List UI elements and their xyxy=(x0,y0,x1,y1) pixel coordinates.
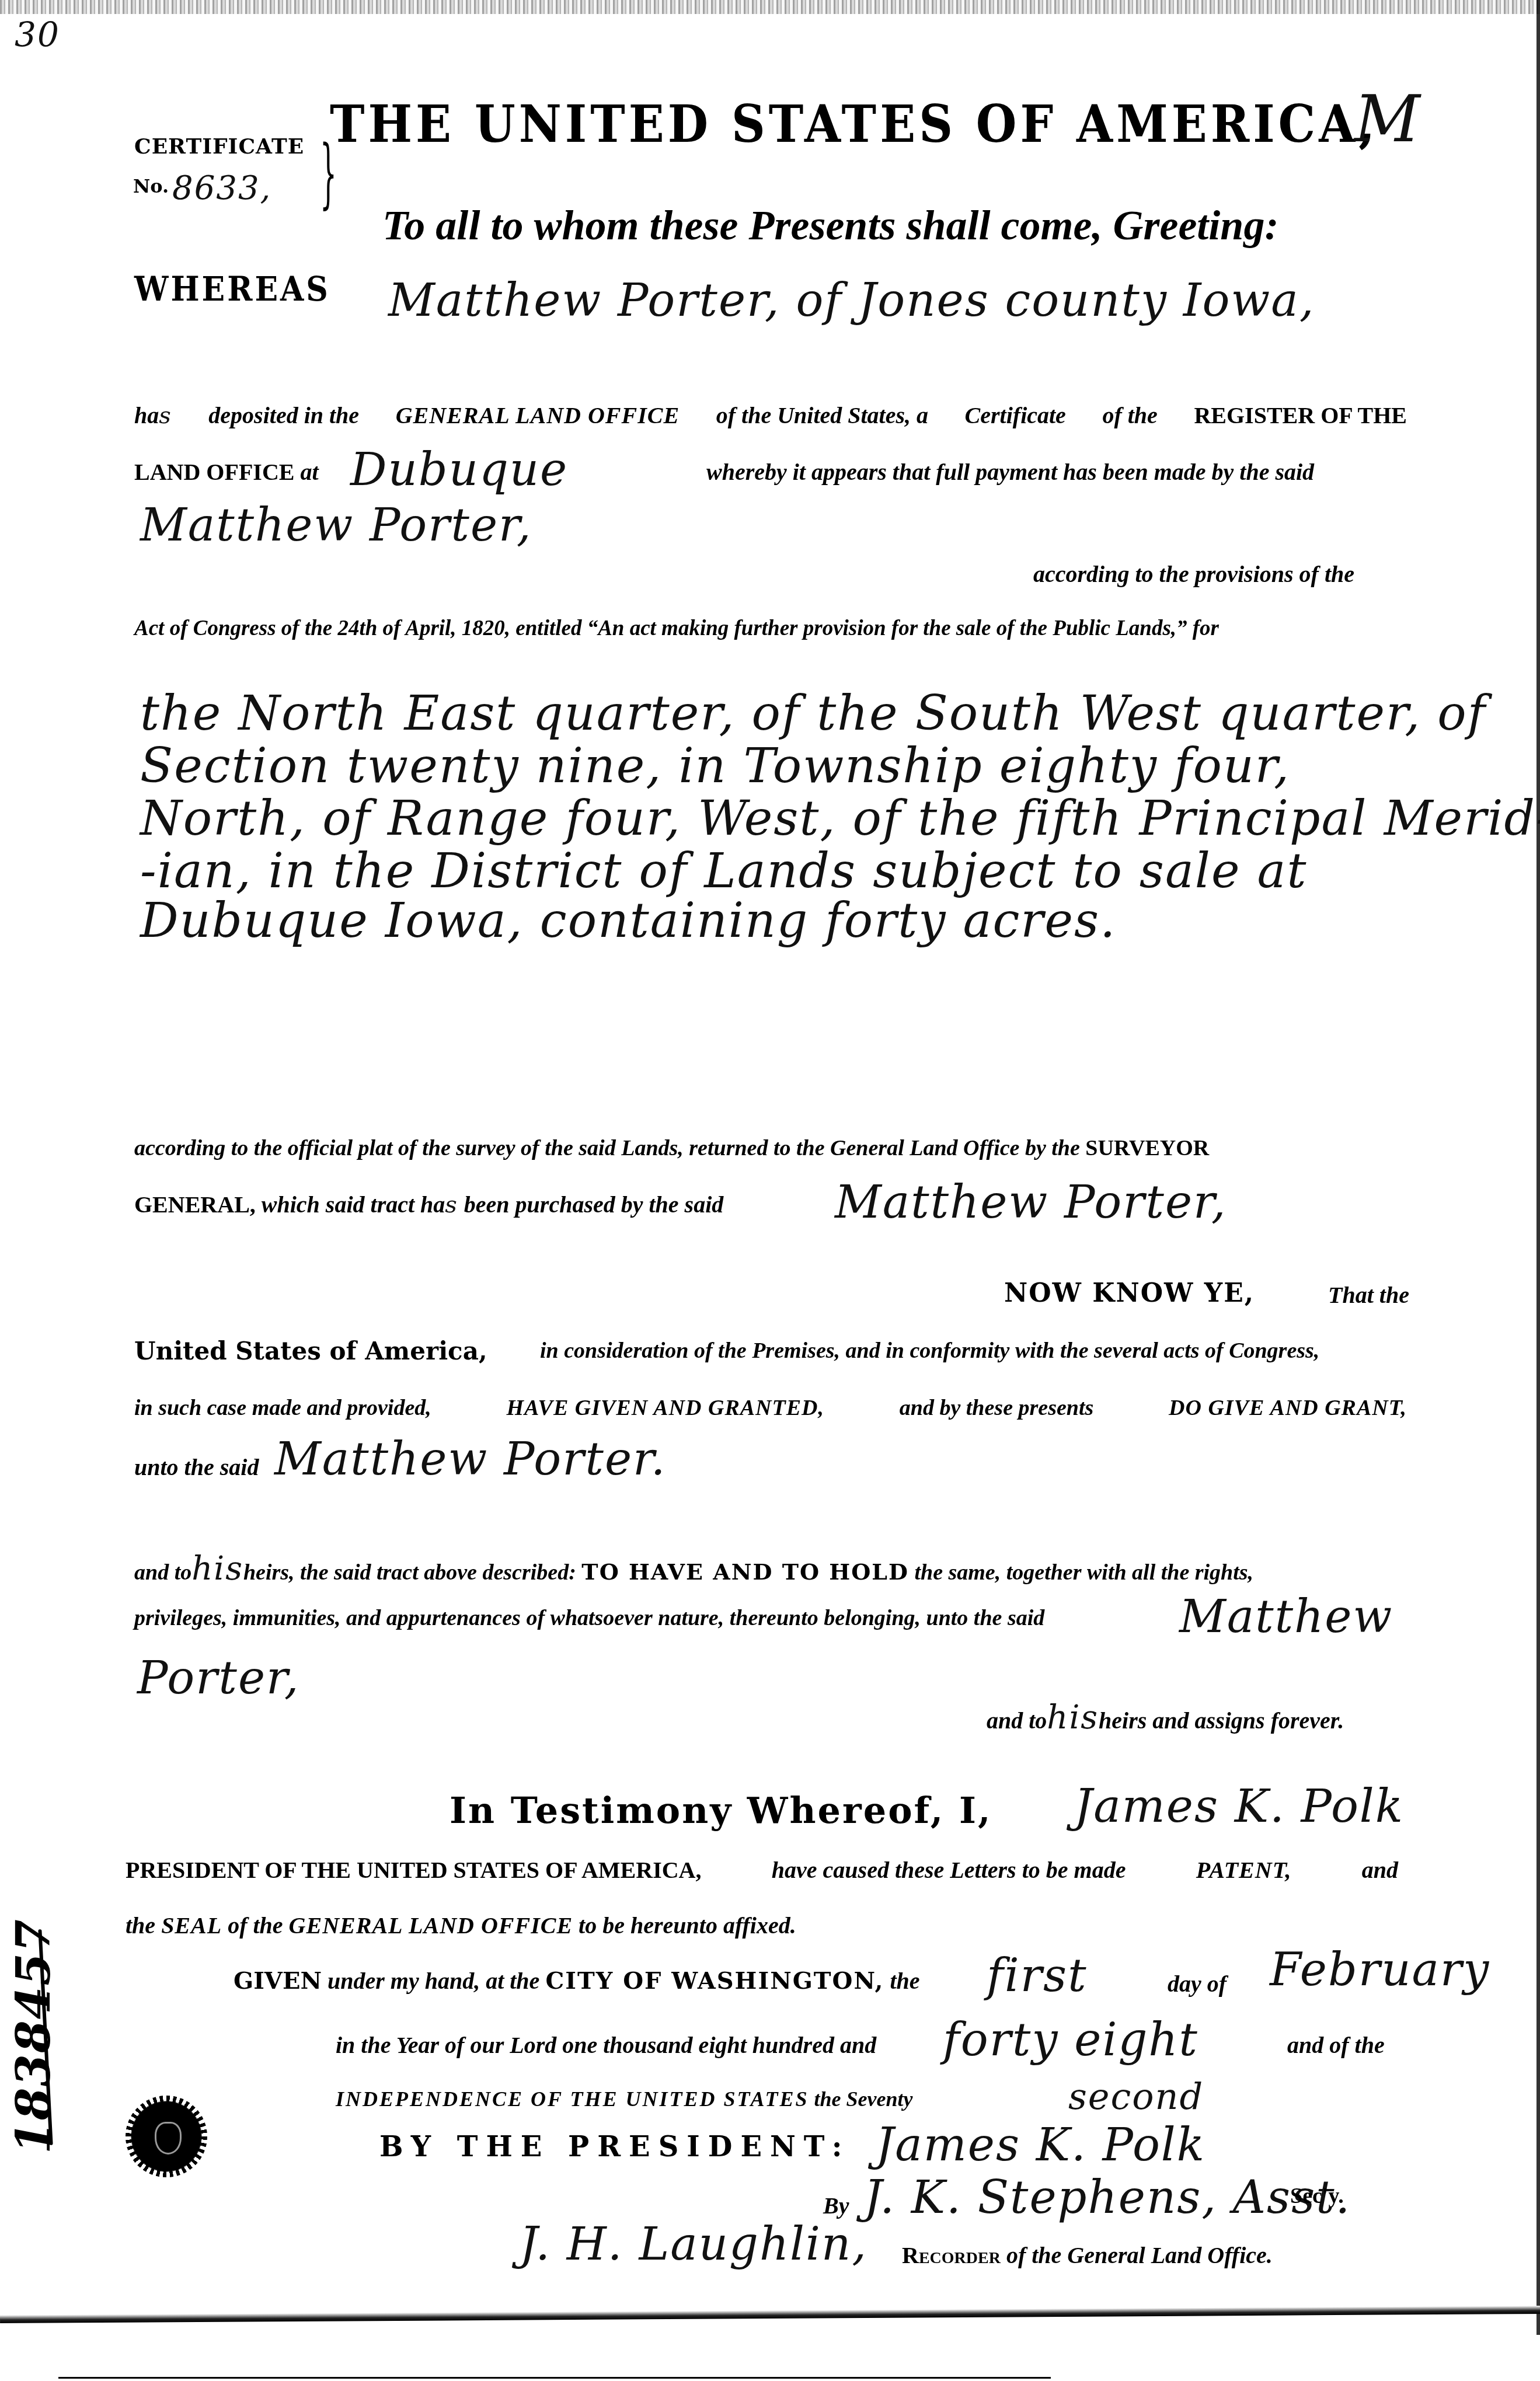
given-line: GIVEN under my hand, at the CITY OF WASH… xyxy=(234,1967,920,1995)
president-signature: James K. Polk xyxy=(876,2119,1205,2171)
scan-edge-top xyxy=(0,0,1540,14)
document-title: THE UNITED STATES OF AMERICA, xyxy=(330,94,1378,154)
testimony-line2: the SEAL of the GENERAL LAND OFFICE to b… xyxy=(126,1912,796,1939)
para1-line4: according to the provisions of the xyxy=(1033,560,1354,588)
para1-line2a: LAND OFFICE at xyxy=(134,458,319,486)
para4-line2: privileges, immunities, and appurtenance… xyxy=(134,1605,1044,1631)
page-marker: 30 xyxy=(15,15,60,54)
para4-line1: and tohisheirs, the said tract above des… xyxy=(134,1550,1253,1588)
scan-edge-bottom xyxy=(0,2306,1540,2323)
para2-line1: according to the official plat of the su… xyxy=(134,1135,1209,1161)
usa-heavy: United States of America, xyxy=(134,1337,487,1365)
para1-line1: has deposited in the GENERAL LAND OFFICE… xyxy=(134,402,1407,429)
grantee-name-hand-4: Matthew xyxy=(1179,1591,1393,1643)
grantee-name-hand-1: Matthew Porter, xyxy=(140,499,532,552)
by-label: By xyxy=(823,2192,849,2219)
testimony-heading: In Testimony Whereof, I, xyxy=(450,1789,992,1832)
margin-document-number: 1838457 xyxy=(6,1918,61,2154)
grantee-description-hand: Matthew Porter, of Jones county Iowa, xyxy=(388,274,1315,327)
grantee-name-hand-5: Porter, xyxy=(137,1652,300,1704)
day-of-text: day of xyxy=(1168,1970,1227,1997)
day-hand: first xyxy=(987,1950,1087,2002)
year-hand: forty eight xyxy=(943,2014,1198,2066)
whereas-label: WHEREAS xyxy=(134,270,330,309)
seal-center-icon xyxy=(155,2122,182,2155)
year-line: in the Year of our Lord one thousand eig… xyxy=(336,2031,876,2059)
land-description-line-4: -ian, in the District of Lands subject t… xyxy=(140,843,1307,899)
para4-line4: and tohisheirs and assigns forever. xyxy=(987,1699,1344,1737)
para1-line2c: whereby it appears that full payment has… xyxy=(706,458,1314,486)
scan-edge-bottom-line xyxy=(58,2377,1051,2379)
grantee-name-hand-3: Matthew Porter. xyxy=(274,1433,667,1486)
land-description-line-2: Section twenty nine, in Township eighty … xyxy=(140,738,1290,794)
secretary-suffix: Sec'y. xyxy=(1290,2183,1344,2209)
now-know-ye: NOW KNOW YE, xyxy=(1004,1278,1255,1308)
land-description-line-1: the North East quarter, of the South Wes… xyxy=(140,686,1486,741)
independence-line: INDEPENDENCE OF THE UNITED STATES the Se… xyxy=(336,2087,912,2111)
month-hand: February xyxy=(1270,1944,1490,1996)
by-the-president-label: BY THE PRESIDENT: xyxy=(379,2131,851,2163)
greeting: To all to whom these Presents shall come… xyxy=(382,201,1278,250)
independence-year-hand: second xyxy=(1068,2075,1204,2118)
grantee-name-hand-2: Matthew Porter, xyxy=(835,1176,1227,1229)
and-of-the-text: and of the xyxy=(1287,2031,1385,2059)
certificate-number: 8633, xyxy=(172,169,271,207)
secretary-signature: J. K. Stephens, Asst. xyxy=(864,2171,1351,2224)
land-description-line-3: North, of Range four, West, of the fifth… xyxy=(140,791,1540,846)
para3-line4: unto the said xyxy=(134,1453,259,1481)
land-patent-document: 30 CERTIFICATE No. 8633, } THE UNITED ST… xyxy=(0,0,1540,2381)
recorder-label: Recorder of the General Land Office. xyxy=(902,2241,1273,2269)
scan-edge-right xyxy=(1536,0,1540,2335)
para2-line2: GENERAL, which said tract has been purch… xyxy=(134,1191,723,1218)
gear-seal-icon xyxy=(126,2096,207,2177)
land-description-line-5: Dubuque Iowa, containing forty acres. xyxy=(140,893,1116,949)
testimony-line1: PRESIDENT OF THE UNITED STATES OF AMERIC… xyxy=(126,1856,1398,1884)
para3-line2: in consideration of the Premises, and in… xyxy=(540,1338,1319,1364)
certificate-no-label: No. xyxy=(133,175,169,197)
act-of-congress-line: Act of Congress of the 24th of April, 18… xyxy=(134,616,1219,641)
president-name-hand-1: James K. Polk xyxy=(1074,1780,1404,1833)
certificate-label: CERTIFICATE xyxy=(134,134,304,159)
corner-initials: M xyxy=(1354,82,1421,156)
land-office-location-hand: Dubuque xyxy=(350,444,568,496)
recorder-signature: J. H. Laughlin, xyxy=(520,2218,867,2271)
that-the-text: That the xyxy=(1328,1281,1409,1309)
para3-line3: in such case made and provided, HAVE GIV… xyxy=(134,1395,1407,1421)
